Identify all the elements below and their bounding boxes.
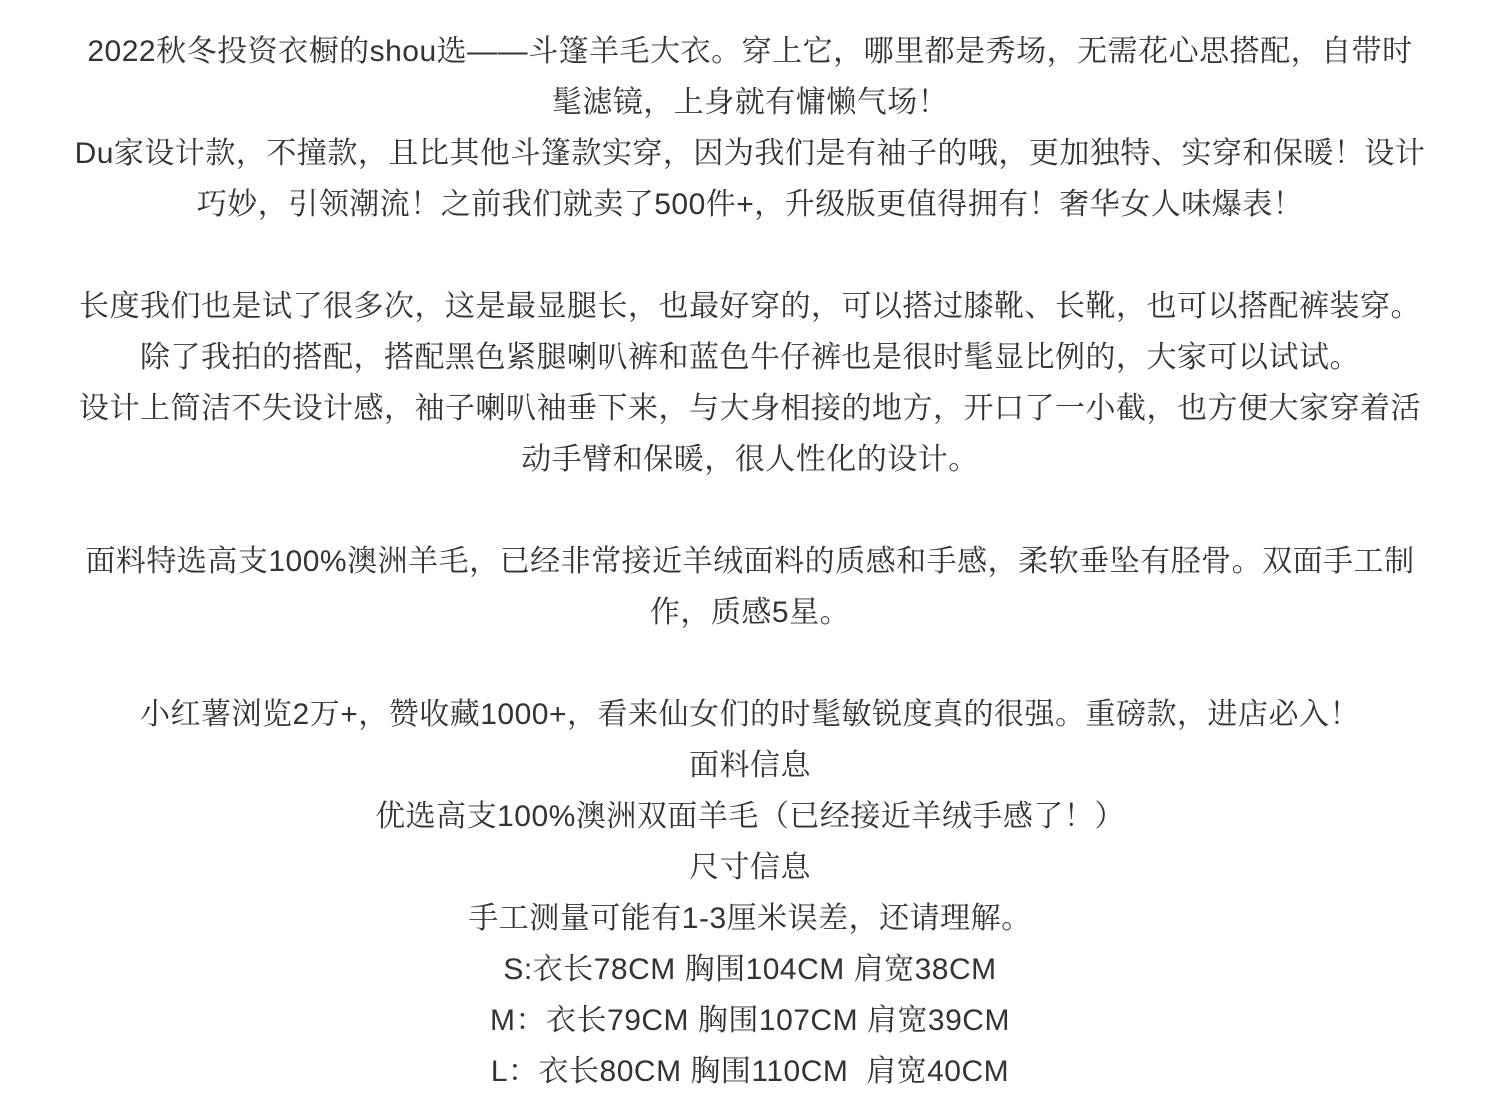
text-line-sleeve-design: 设计上简洁不失设计感，袖子喇叭袖垂下来，与大身相接的地方，开口了一小截，也方便大… xyxy=(6,383,1494,434)
size-row-s: S:衣长78CM 胸围104CM 肩宽38CM xyxy=(6,944,1494,995)
size-row-m: M：衣长79CM 胸围107CM 肩宽39CM xyxy=(6,995,1494,1046)
product-description-page: 2022秋冬投资衣橱的shou选——斗篷羊毛大衣。穿上它，哪里都是秀场，无需花心… xyxy=(0,0,1500,1115)
blank-line xyxy=(6,638,1494,689)
text-line-sleeve-design-wrap: 动手臂和保暖，很人性化的设计。 xyxy=(6,434,1494,485)
blank-line xyxy=(6,230,1494,281)
fabric-info-detail: 优选高支100%澳洲双面羊毛（已经接近羊绒手感了！） xyxy=(6,791,1494,842)
text-line-design-intro: Du家设计款，不撞款，且比其他斗篷款实穿，因为我们是有袖子的哦，更加独特、实穿和… xyxy=(6,128,1494,179)
text-line-design-intro-wrap: 巧妙，引领潮流！之前我们就卖了500件+，升级版更值得拥有！奢华女人味爆表！ xyxy=(6,179,1494,230)
size-row-l: L：衣长80CM 胸围110CM 肩宽40CM xyxy=(6,1046,1494,1097)
product-description-text: 2022秋冬投资衣橱的shou选——斗篷羊毛大衣。穿上它，哪里都是秀场，无需花心… xyxy=(6,26,1494,1097)
blank-line xyxy=(6,485,1494,536)
fabric-info-heading: 面料信息 xyxy=(6,740,1494,791)
text-line-fabric-wrap: 作，质感5星。 xyxy=(6,587,1494,638)
text-line-title-wrap: 髦滤镜，上身就有慵懒气场！ xyxy=(6,77,1494,128)
size-disclaimer: 手工测量可能有1-3厘米误差，还请理解。 xyxy=(6,893,1494,944)
text-line-social-proof: 小红薯浏览2万+，赞收藏1000+，看来仙女们的时髦敏锐度真的很强。重磅款，进店… xyxy=(6,689,1494,740)
text-line-length-wrap: 除了我拍的搭配，搭配黑色紧腿喇叭裤和蓝色牛仔裤也是很时髦显比例的，大家可以试试。 xyxy=(6,332,1494,383)
text-line-fabric: 面料特选高支100%澳洲羊毛，已经非常接近羊绒面料的质感和手感，柔软垂坠有胫骨。… xyxy=(6,536,1494,587)
size-info-heading: 尺寸信息 xyxy=(6,842,1494,893)
text-line-title: 2022秋冬投资衣橱的shou选——斗篷羊毛大衣。穿上它，哪里都是秀场，无需花心… xyxy=(6,26,1494,77)
text-line-length: 长度我们也是试了很多次，这是最显腿长，也最好穿的，可以搭过膝靴、长靴，也可以搭配… xyxy=(6,281,1494,332)
